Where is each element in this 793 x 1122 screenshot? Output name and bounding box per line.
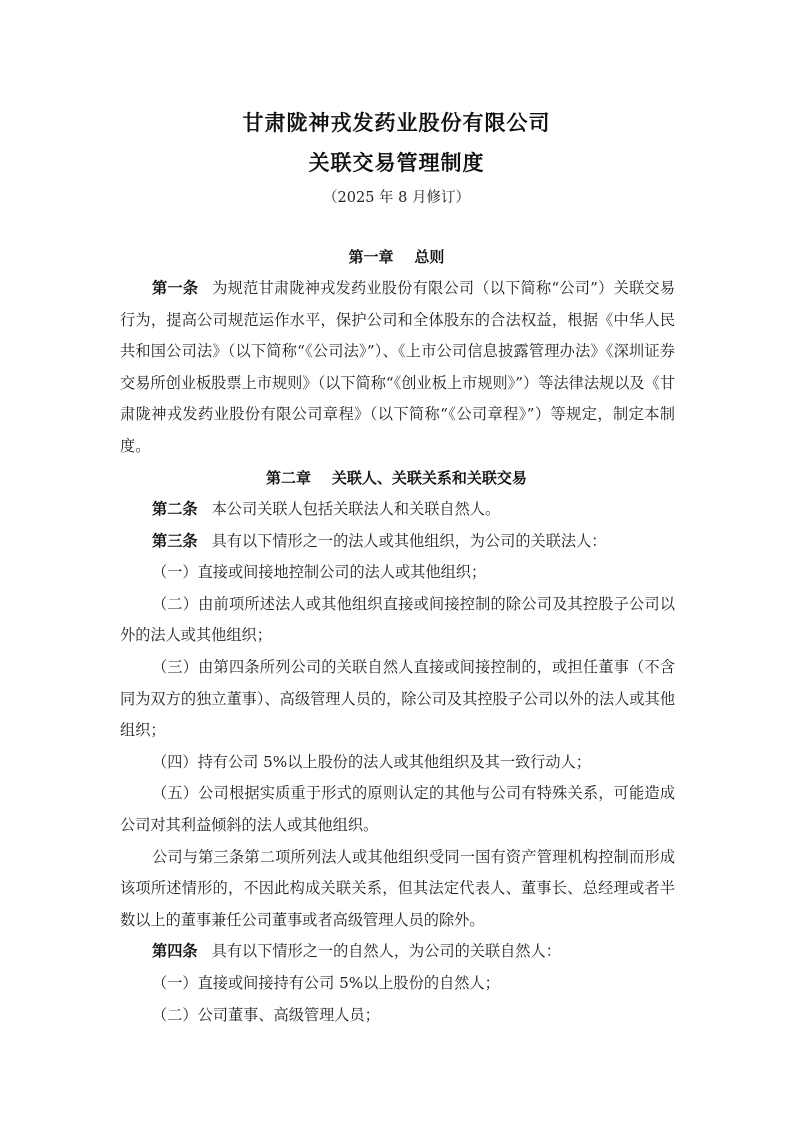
document-page: 甘肃陇神戎发药业股份有限公司 关联交易管理制度 （2025 年 8 月修订） 第… — [0, 0, 793, 1122]
article-3-note: 公司与第三条第二项所列法人或其他组织受同一国有资产管理机构控制而形成该项所述情形… — [120, 842, 675, 937]
article-3: 第三条具有以下情形之一的法人或其他组织，为公司的关联法人： — [120, 526, 675, 558]
article-3-item-2: （二）由前项所述法人或其他组织直接或间接控制的除公司及其控股子公司以外的法人或其… — [120, 589, 675, 652]
item-text: （五）公司根据实质重于形式的原则认定的其他与公司有特殊关系，可能造 — [152, 784, 660, 802]
article-3-item-1: （一）直接或间接地控制公司的法人或其他组织； — [120, 557, 675, 589]
chapter-2-body: 第二条本公司关联人包括关联法人和关联自然人。 第三条具有以下情形之一的法人或其他… — [120, 494, 675, 1031]
article-text: 为规范甘肃陇神戎发药业股份有限公司（以下简称“公司”）关联 — [212, 279, 644, 297]
company-title: 甘肃陇神戎发药业股份有限公司 — [0, 107, 793, 137]
chapter-2-heading: 第二章 关联人、关联关系和关联交易 — [0, 467, 793, 488]
article-3-item-3: （三）由第四条所列公司的关联自然人直接或间接控制的，或担任董事（不含同为双方的独… — [120, 652, 675, 747]
item-text: （三）由第四条所列公司的关联自然人直接或间接控制的，或担任董事（不 — [152, 658, 660, 676]
article-label: 第一条 — [152, 279, 198, 297]
note-text: 公司与第三条第二项所列法人或其他组织受同一国有资产管理机构控制而 — [152, 848, 644, 866]
article-text: 本公司关联人包括关联法人和关联自然人。 — [212, 500, 501, 518]
article-4: 第四条具有以下情形之一的自然人，为公司的关联自然人： — [120, 936, 675, 968]
document-title: 关联交易管理制度 — [0, 147, 793, 177]
article-4-item-1: （一）直接或间接持有公司 5%以上股份的自然人； — [120, 968, 675, 1000]
article-1: 第一条为规范甘肃陇神戎发药业股份有限公司（以下简称“公司”）关联交易行为，提高公… — [120, 273, 675, 463]
item-text: （一）直接或间接持有公司 5%以上股份的自然人； — [152, 974, 500, 992]
article-text: 具有以下情形之一的自然人，为公司的关联自然人： — [212, 942, 561, 960]
article-label: 第四条 — [152, 942, 198, 960]
article-label: 第三条 — [152, 532, 198, 550]
article-label: 第二条 — [152, 500, 198, 518]
chapter-1-heading: 第一章 总则 — [0, 246, 793, 267]
revision-date: （2025 年 8 月修订） — [0, 186, 793, 207]
item-text: （二）公司董事、高级管理人员； — [152, 1006, 380, 1024]
item-text: （一）直接或间接地控制公司的法人或其他组织； — [152, 563, 486, 581]
item-text: （二）由前项所述法人或其他组织直接或间接控制的除公司及其控股子公司 — [152, 595, 660, 613]
article-3-item-5: （五）公司根据实质重于形式的原则认定的其他与公司有特殊关系，可能造成公司对其利益… — [120, 778, 675, 841]
article-4-item-2: （二）公司董事、高级管理人员； — [120, 1000, 675, 1032]
article-2: 第二条本公司关联人包括关联法人和关联自然人。 — [120, 494, 675, 526]
article-text: 具有以下情形之一的法人或其他组织，为公司的关联法人： — [212, 532, 607, 550]
item-text: （四）持有公司 5%以上股份的法人或其他组织及其一致行动人； — [152, 753, 591, 771]
article-3-item-4: （四）持有公司 5%以上股份的法人或其他组织及其一致行动人； — [120, 747, 675, 779]
chapter-1-body: 第一条为规范甘肃陇神戎发药业股份有限公司（以下简称“公司”）关联交易行为，提高公… — [120, 273, 675, 463]
